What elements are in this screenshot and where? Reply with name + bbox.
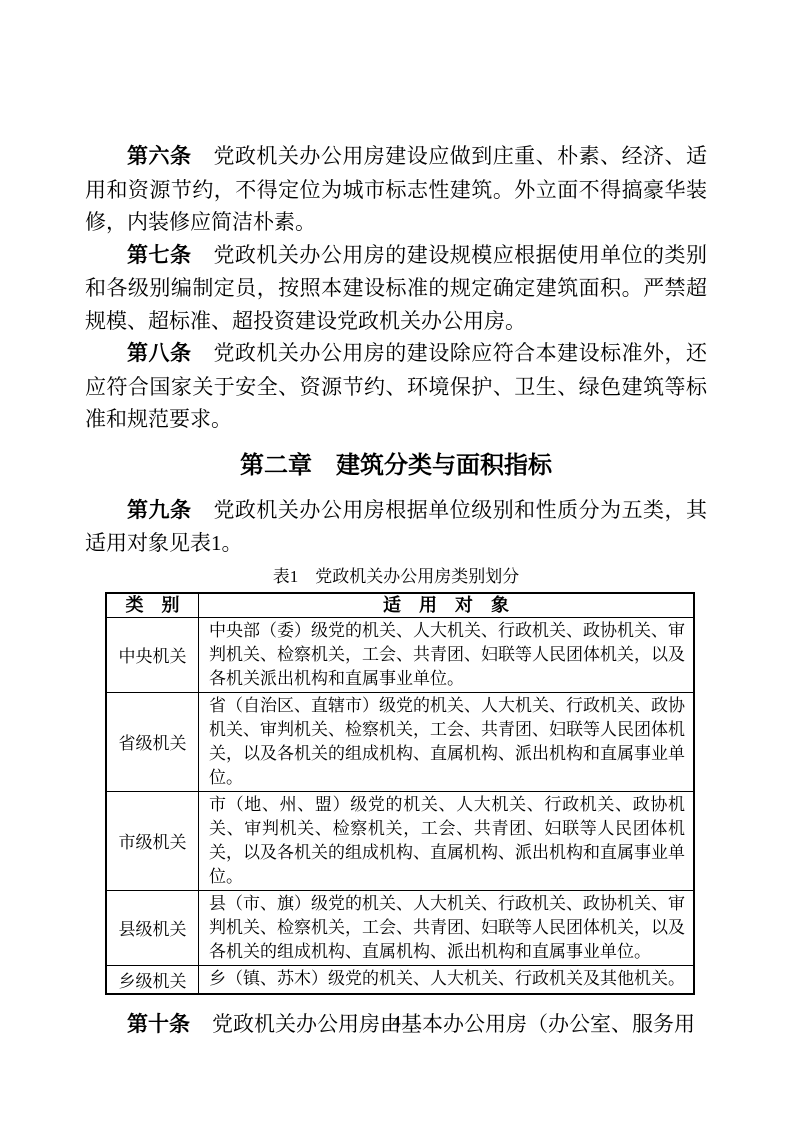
description-cell: 中央部（委）级党的机关、人大机关、行政机关、政协机关、审判机关、检察机关，工会、…: [199, 617, 695, 692]
category-cell: 县级机关: [106, 890, 199, 965]
article-8-number: 第八条: [127, 342, 191, 365]
classification-table: 类 别 适 用 对 象 中央机关 中央部（委）级党的机关、人大机关、行政机关、政…: [105, 592, 695, 995]
article-7-number: 第七条: [127, 244, 191, 267]
table-header-row: 类 别 适 用 对 象: [106, 593, 694, 618]
article-9-number: 第九条: [127, 499, 191, 522]
chapter-heading: 第二章 建筑分类与面积指标: [85, 449, 707, 483]
category-cell: 乡级机关: [106, 965, 199, 994]
table-row-township: 乡级机关 乡（镇、苏木）级党的机关、人大机关、行政机关及其他机关。: [106, 965, 694, 994]
table-row-county: 县级机关 县（市、旗）级党的机关、人大机关、行政机关、政协机关、审判机关、检察机…: [106, 890, 694, 965]
table-header-applicable-objects: 适 用 对 象: [199, 593, 695, 618]
article-8-paragraph: 第八条党政机关办公用房的建设除应符合本建设标准外，还应符合国家关于安全、资源节约…: [85, 337, 707, 436]
article-6-paragraph: 第六条党政机关办公用房建设应做到庄重、朴素、经济、适用和资源节约，不得定位为城市…: [85, 140, 707, 239]
document-page: 第六条党政机关办公用房建设应做到庄重、朴素、经济、适用和资源节约，不得定位为城市…: [0, 0, 793, 1122]
table-row-central: 中央机关 中央部（委）级党的机关、人大机关、行政机关、政协机关、审判机关、检察机…: [106, 617, 694, 692]
category-cell: 市级机关: [106, 791, 199, 890]
table-row-provincial: 省级机关 省（自治区、直辖市）级党的机关、人大机关、行政机关、政协机关、审判机关…: [106, 692, 694, 791]
article-6-number: 第六条: [127, 145, 191, 168]
table-row-municipal: 市级机关 市（地、州、盟）级党的机关、人大机关、行政机关、政协机关、审判机关、检…: [106, 791, 694, 890]
category-cell: 省级机关: [106, 692, 199, 791]
description-cell: 县（市、旗）级党的机关、人大机关、行政机关、政协机关、审判机关、检察机关，工会、…: [199, 890, 695, 965]
article-7-paragraph: 第七条党政机关办公用房的建设规模应根据使用单位的类别和各级别编制定员，按照本建设…: [85, 239, 707, 338]
description-cell: 省（自治区、直辖市）级党的机关、人大机关、行政机关、政协机关、审判机关、检察机关…: [199, 692, 695, 791]
article-9-paragraph: 第九条党政机关办公用房根据单位级别和性质分为五类，其适用对象见表1。: [85, 494, 707, 560]
category-cell: 中央机关: [106, 617, 199, 692]
description-cell: 乡（镇、苏木）级党的机关、人大机关、行政机关及其他机关。: [199, 965, 695, 994]
description-cell: 市（地、州、盟）级党的机关、人大机关、行政机关、政协机关、审判机关、检察机关，工…: [199, 791, 695, 890]
table-caption: 表1 党政机关办公用房类别划分: [85, 565, 707, 589]
table-header-category: 类 别: [106, 593, 199, 618]
page-number: 4: [0, 1012, 793, 1032]
